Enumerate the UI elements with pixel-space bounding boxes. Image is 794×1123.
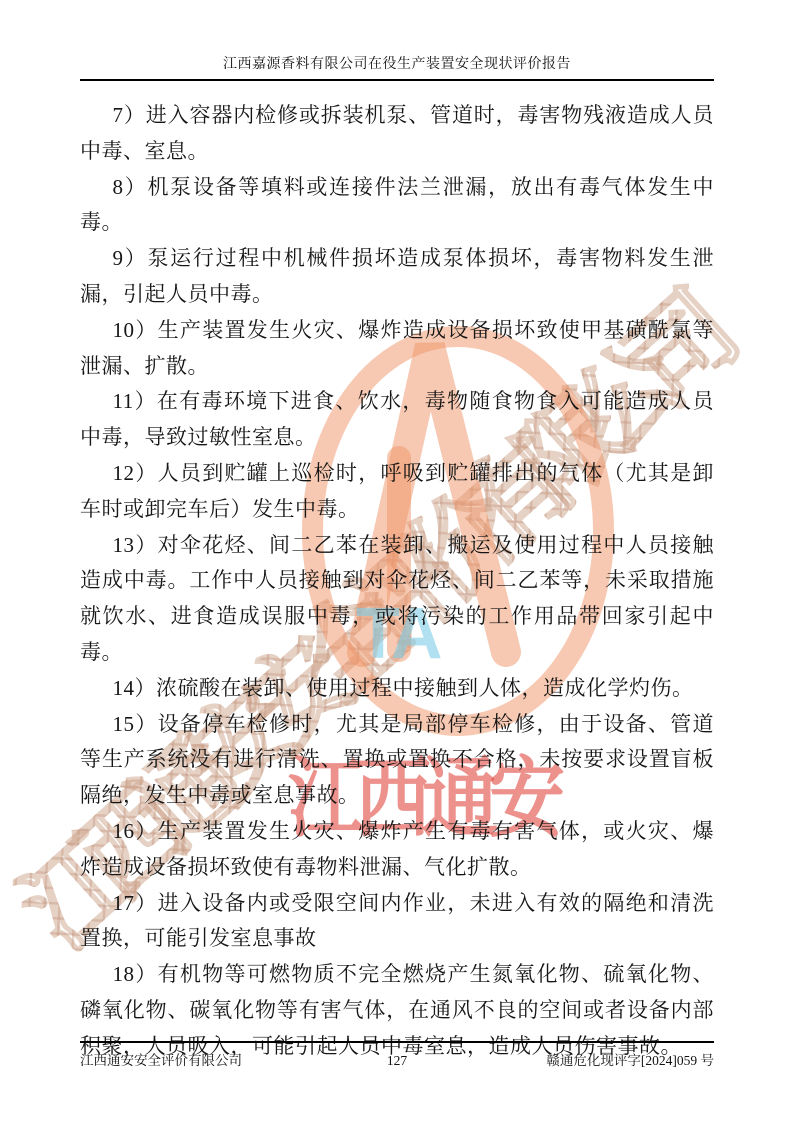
hazard-item-15: 15）设备停车检修时，尤其是局部停车检修，由于设备、管道等生产系统没有进行清洗、… — [80, 707, 714, 814]
hazard-item-9: 9）泵运行过程中机械件损坏造成泵体损坏，毒害物料发生泄漏，引起人员中毒。 — [80, 241, 714, 313]
hazard-item-16: 16）生产装置发生火灾、爆炸产生有毒有害气体，或火灾、爆炸造成设备损坏致使有毒物… — [80, 814, 714, 886]
report-page: 江西通安安全评价有限公司 TA 江西通安 江西嘉源香料有限公司在役生产装置安全现… — [0, 0, 794, 1123]
document-content: 江西嘉源香料有限公司在役生产装置安全现状评价报告 7）进入容器内检修或拆装机泵、… — [0, 0, 794, 1065]
hazard-item-7: 7）进入容器内检修或拆装机泵、管道时，毒害物残液造成人员中毒、室息。 — [80, 98, 714, 170]
hazard-item-10: 10）生产装置发生火灾、爆炸造成设备损坏致使甲基磺酰氯等泄漏、扩散。 — [80, 313, 714, 385]
hazard-item-14: 14）浓硫酸在装卸、使用过程中接触到人体，造成化学灼伤。 — [80, 671, 714, 707]
footer-company: 江西通安安全评价有限公司 — [80, 1049, 242, 1069]
hazard-item-13: 13）对伞花烃、间二乙苯在装卸、搬运及使用过程中人员接触造成中毒。工作中人员接触… — [80, 528, 714, 671]
report-body: 7）进入容器内检修或拆装机泵、管道时，毒害物残液造成人员中毒、室息。 8）机泵设… — [80, 98, 714, 1065]
hazard-item-11: 11）在有毒环境下进食、饮水，毒物随食物食入可能造成人员中毒，导致过敏性室息。 — [80, 384, 714, 456]
page-header: 江西嘉源香料有限公司在役生产装置安全现状评价报告 — [80, 0, 714, 81]
hazard-item-17: 17）进入设备内或受限空间内作业，未进入有效的隔绝和清洗置换，可能引发室息事故 — [80, 886, 714, 958]
page-footer: 江西通安安全评价有限公司 127 赣通危化现评字[2024]059 号 — [80, 1041, 714, 1069]
header-divider — [80, 79, 714, 81]
footer-page-number: 127 — [387, 1053, 407, 1069]
footer-doc-number: 赣通危化现评字[2024]059 号 — [546, 1049, 714, 1069]
hazard-item-8: 8）机泵设备等填料或连接件法兰泄漏，放出有毒气体发生中毒。 — [80, 170, 714, 242]
report-title: 江西嘉源香料有限公司在役生产装置安全现状评价报告 — [80, 53, 714, 79]
hazard-item-12: 12）人员到贮罐上巡检时，呼吸到贮罐排出的气体（尤其是卸车时或卸完车后）发生中毒… — [80, 456, 714, 528]
